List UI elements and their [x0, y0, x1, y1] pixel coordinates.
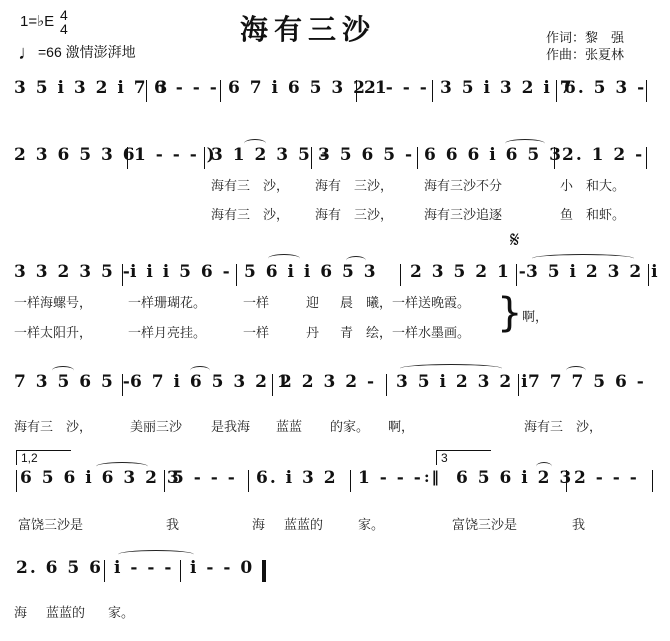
lyric: 鱼 和虾。 [560, 204, 625, 223]
barline [122, 374, 123, 396]
measure: 3 3 2 3 5 - [14, 262, 132, 282]
final-barline-icon [262, 560, 266, 582]
lyric: 富饶三沙是 [18, 514, 83, 533]
tempo-marking: ♩=66 激情澎湃地 [18, 42, 136, 65]
lyric: 一样 [243, 322, 269, 341]
slur [505, 139, 545, 148]
time-signature: 4 4 [60, 8, 68, 36]
quarter-note-icon: ♩ [18, 42, 38, 64]
slur [244, 139, 266, 148]
barline [516, 264, 517, 286]
barline [248, 470, 249, 492]
lyric: 海 [14, 602, 27, 621]
measure: 3 5 i 3 2 i 7 [440, 78, 574, 98]
lyric: 青 绘，一样水墨画。 [340, 322, 470, 341]
key-signature: 1=♭E [20, 12, 54, 30]
lyric: 迎 [306, 292, 319, 311]
measure: 6 - - - [154, 78, 219, 98]
barline [518, 374, 519, 396]
lyric: 的家。 [330, 416, 369, 435]
barline [566, 470, 567, 492]
lyric: 海有三 沙， [211, 204, 289, 223]
composer: 作曲：张夏林 [546, 47, 624, 64]
barline [180, 560, 181, 582]
slur [52, 366, 74, 375]
measure: 2 - - - [364, 78, 429, 98]
barline [272, 374, 273, 396]
measure: 2 3 5 2 1 - [410, 262, 528, 282]
lyric: 我 [572, 514, 585, 533]
credits: 作词：黎 强 作曲：张夏林 [546, 30, 624, 64]
barline [554, 147, 555, 169]
slur [118, 550, 194, 559]
lyric: 一样海螺号， [14, 292, 92, 311]
lyric: 是我海 [211, 416, 250, 435]
slur [96, 462, 148, 471]
system-4: 7 3 5 6 5 - 6 7 i 6 5 3 2 1 2 2 3 2 - 3 … [0, 372, 670, 398]
measure: 3 5 i 2 3 2 i [396, 372, 530, 392]
system-6: 2. 6 5 6 i - - - i - - 0 [0, 558, 670, 584]
barline [164, 470, 165, 492]
measure: 5 - - - [172, 468, 237, 488]
lyric: 啊， [388, 416, 414, 435]
volta-1-2: 1,2 [16, 450, 71, 465]
measure: 2. 1 2 - [562, 145, 644, 165]
barline [417, 147, 418, 169]
measure: 2 2 3 2 - [280, 372, 376, 392]
lyric: 啊， [522, 306, 548, 325]
measure: 6 5 6 i 6 3 2 3 [20, 468, 181, 488]
slur [346, 256, 366, 265]
system-1: 3 5 i 3 2 i 7 3 6 - - - 6 7 i 6 5 3 2 1 … [0, 78, 670, 104]
lyric: 海有三沙追逐 [424, 204, 502, 223]
measure: 2 - - - [574, 468, 639, 488]
lyric: 海有 三沙， [315, 175, 393, 194]
barline [220, 80, 221, 102]
barline [652, 470, 653, 492]
slur [268, 254, 300, 263]
lyric: 蓝蓝 [276, 416, 302, 435]
time-signature-top: 4 [60, 8, 68, 22]
barline [311, 147, 312, 169]
measure: i i i 5 6 - [130, 262, 232, 282]
measure: 7 7 7 5 6 - [528, 372, 646, 392]
barline [432, 80, 433, 102]
slur [566, 366, 586, 375]
barline [16, 470, 17, 492]
lyric: 蓝蓝的 [46, 602, 85, 621]
lyricist: 作词：黎 强 [546, 30, 624, 47]
lyric: 海有三沙不分 [424, 175, 502, 194]
lyric: 美丽三沙 [130, 416, 182, 435]
measure: 3 5 i 2 3 2 i [526, 262, 660, 282]
repeat-sign-icon: :‖ [424, 468, 441, 486]
slur [190, 366, 210, 375]
lyric: 海有 三沙， [315, 204, 393, 223]
barline [122, 264, 123, 286]
barline [356, 80, 357, 102]
barline [236, 264, 237, 286]
lyric: 海有三 沙， [14, 416, 92, 435]
lyric: 富饶三沙是 [452, 514, 517, 533]
slur [536, 462, 552, 471]
lyric: 一样太阳升， [14, 322, 92, 341]
lyric: 晨 曦，一样送晚霞。 [340, 292, 470, 311]
measure: 5 6 i i 6 5 3 [244, 262, 378, 282]
barline [648, 264, 649, 286]
lyric: 海有三 沙， [524, 416, 602, 435]
barline [556, 80, 557, 102]
lyric: 海有三 沙， [211, 175, 289, 194]
barline [646, 80, 647, 102]
slur [532, 254, 634, 263]
measure: i - - 0 [190, 558, 254, 578]
measure: 3 5 6 5 - [318, 145, 414, 165]
measure: 6 5 6 i 2 3 [456, 468, 573, 488]
system-2: 2 3 6 5 3 6 1 - - - ) 3 1 2 3 5 - 3 5 6 … [0, 145, 670, 171]
lyric: 蓝蓝的 [284, 514, 323, 533]
lyric: 一样月亮挂。 [128, 322, 206, 341]
slur [400, 364, 502, 373]
measure: 2. 6 5 6 [16, 558, 103, 578]
lyric: 丹 [306, 322, 319, 341]
barline [204, 147, 205, 169]
barline [350, 470, 351, 492]
tempo-value: =66 [38, 44, 62, 60]
barline [104, 560, 105, 582]
measure: 6 7 i 6 5 3 2 1 [130, 372, 291, 392]
lyric: 一样 [243, 292, 269, 311]
measure: 6. i 3 2 [256, 468, 338, 488]
barline [400, 264, 401, 286]
measure: 6 6 6 i 6 5 3 [424, 145, 563, 165]
song-title: 海有三沙 [240, 8, 376, 48]
volta-3: 3 [436, 450, 491, 465]
barline [386, 374, 387, 396]
measure: i - - - [114, 558, 173, 578]
measure: 6. 5 3 - [564, 78, 646, 98]
lyric: 小 和大。 [560, 175, 625, 194]
lyric: 家。 [358, 514, 384, 533]
tempo-expression: 激情澎湃地 [66, 44, 136, 60]
measure: 7 3 5 6 5 - [14, 372, 132, 392]
time-signature-bottom: 4 [60, 22, 68, 36]
system-5: 6 5 6 i 6 3 2 3 5 - - - 6. i 3 2 1 - - -… [0, 468, 670, 494]
lyric: 海 [252, 514, 265, 533]
segno-icon: 𝄋 [510, 228, 519, 253]
measure: 2 3 6 5 3 6 [14, 145, 137, 165]
measure: 1 - - - [358, 468, 423, 488]
brace-icon: } [497, 293, 522, 333]
lyric: 家。 [108, 602, 134, 621]
barline [646, 147, 647, 169]
lyric: 我 [166, 514, 179, 533]
system-3: 3 3 2 3 5 - i i i 5 6 - 5 6 i i 6 5 3 2 … [0, 262, 670, 288]
lyric: 一样珊瑚花。 [128, 292, 206, 311]
barline [127, 147, 128, 169]
barline [146, 80, 147, 102]
